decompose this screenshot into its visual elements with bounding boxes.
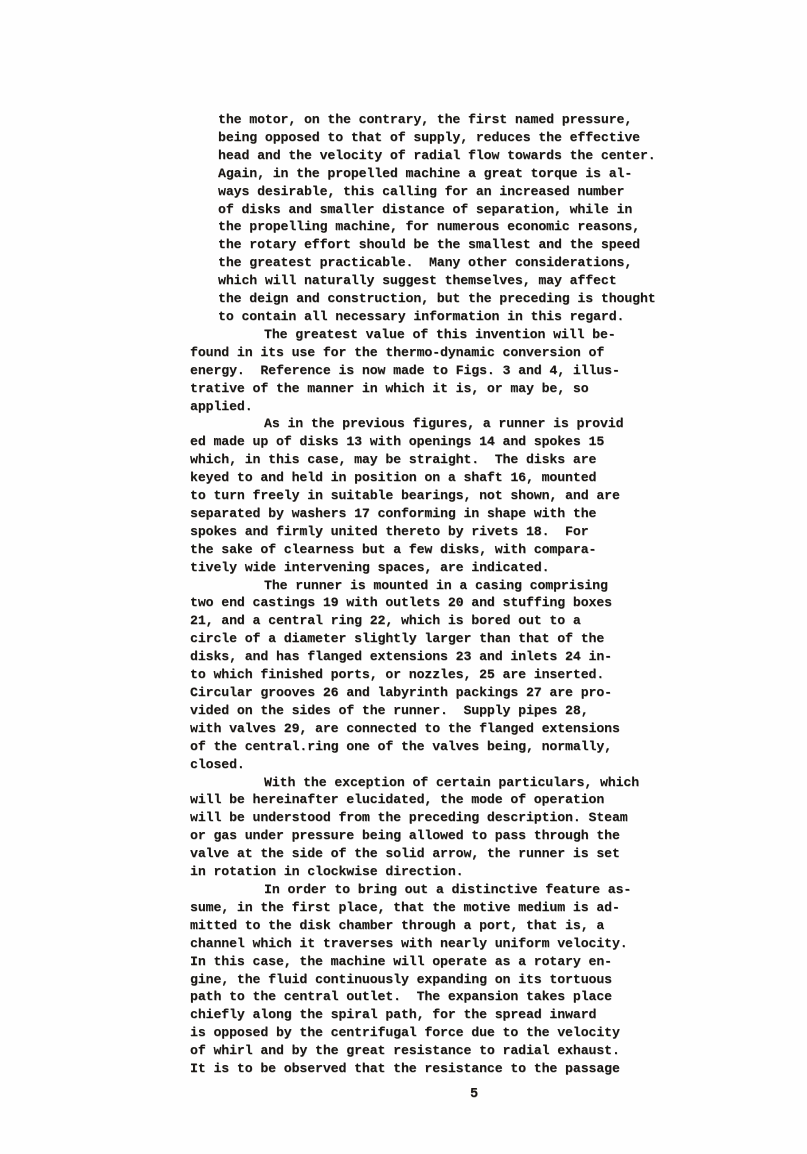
paragraph: With the exception of certain particular… xyxy=(190,774,710,881)
paragraph: The greatest value of this invention wil… xyxy=(190,326,710,416)
paragraph: the motor, on the contrary, the first na… xyxy=(218,111,710,326)
paragraph: As in the previous figures, a runner is … xyxy=(190,415,710,576)
page-number: 5 xyxy=(470,1087,478,1102)
document-page: the motor, on the contrary, the first na… xyxy=(0,0,807,1154)
paragraph: In order to bring out a distinctive feat… xyxy=(190,881,710,1078)
paragraph: The runner is mounted in a casing compri… xyxy=(190,577,710,774)
document-text: the motor, on the contrary, the first na… xyxy=(190,111,710,1078)
